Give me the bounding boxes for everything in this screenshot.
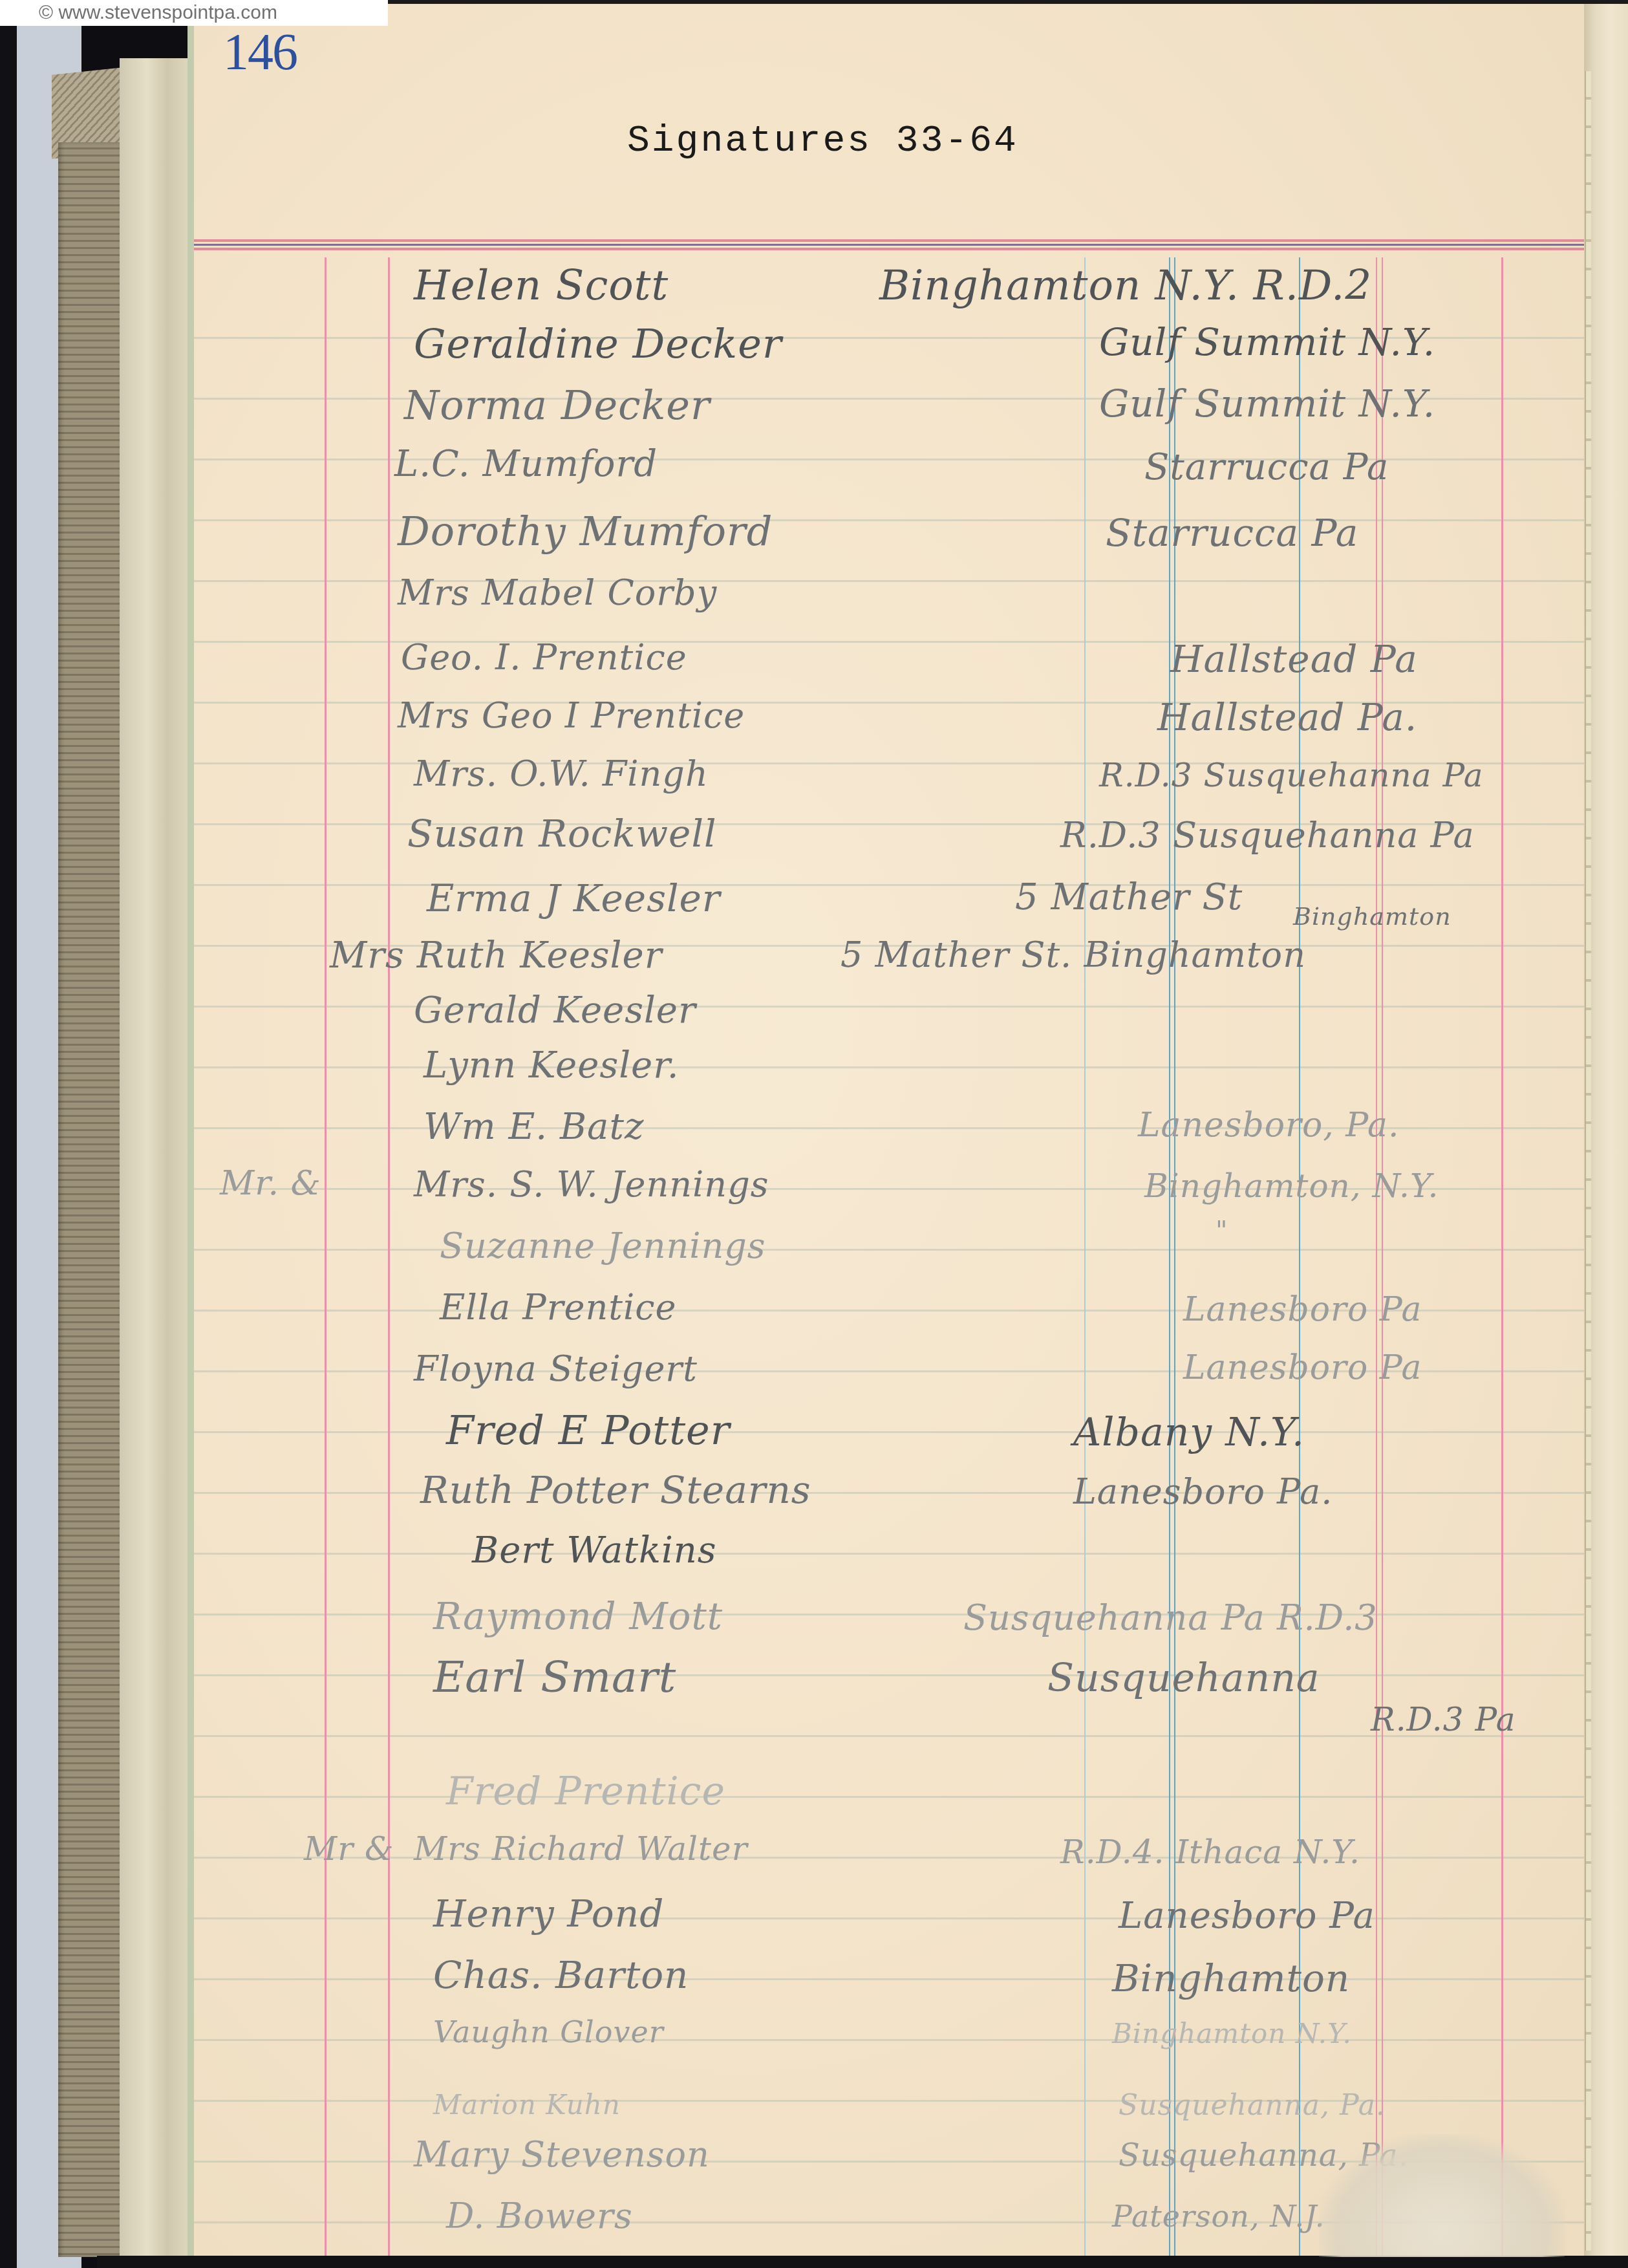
- entry-name: Raymond Mott: [433, 1594, 723, 1638]
- entry-address: Lanesboro, Pa.: [1138, 1106, 1399, 1145]
- entry-address: Binghamton, N.Y.: [1144, 1167, 1439, 1205]
- entry-address: Starrucca Pa: [1144, 446, 1389, 488]
- entry-name: Earl Smart: [433, 1652, 676, 1702]
- entry-name: Geo. I. Prentice: [401, 637, 687, 678]
- entry-address: R.D.4. Ithaca N.Y.: [1060, 1833, 1360, 1871]
- entry-name: Geraldine Decker: [414, 320, 782, 367]
- scan-edge: [0, 0, 17, 2268]
- entry-name: Mrs Geo I Prentice: [398, 695, 745, 736]
- entry-address: Susquehanna, Pa.: [1119, 2089, 1386, 2122]
- entry-address: Binghamton N.Y.: [1112, 2018, 1352, 2049]
- entry-address: R.D.3 Susquehanna Pa: [1099, 757, 1484, 794]
- entry-address-note: Binghamton: [1293, 902, 1451, 931]
- torn-paper-damage: [1319, 2134, 1565, 2257]
- entry-address: Starrucca Pa: [1106, 511, 1358, 555]
- header-rule-pink-top: [194, 239, 1584, 242]
- header-rule-purple: [194, 244, 1584, 246]
- entry-name: Norma Decker: [404, 382, 711, 429]
- page-border-green: [187, 4, 194, 2256]
- entry-name: D. Bowers: [446, 2196, 633, 2236]
- entry-address: Hallstead Pa.: [1157, 695, 1417, 739]
- page-title: Signatures 33-64: [627, 120, 1018, 162]
- entry-address: Lanesboro Pa: [1183, 1290, 1422, 1329]
- entry-address: ": [1216, 1216, 1228, 1246]
- entry-prefix: Mr. &: [220, 1164, 321, 1203]
- entry-name: Mrs Ruth Keesler: [330, 934, 662, 977]
- margin-rule-2: [388, 257, 390, 2256]
- entry-address: Gulf Summit N.Y.: [1099, 382, 1435, 426]
- entry-address: Hallstead Pa: [1170, 637, 1418, 681]
- entry-address: Binghamton N.Y. R.D.2: [879, 262, 1372, 310]
- entry-name: Erma J Keesler: [427, 876, 721, 920]
- entry-name: Fred Prentice: [446, 1769, 725, 1814]
- entry-name: Floyna Steigert: [414, 1348, 698, 1389]
- entry-name: Gerald Keesler: [414, 989, 696, 1031]
- entry-address: R.D.3 Susquehanna Pa: [1060, 815, 1475, 856]
- header-rule-pink-bottom: [194, 248, 1584, 250]
- entry-name: Mrs Richard Walter: [414, 1830, 748, 1868]
- entry-address: Lanesboro Pa: [1183, 1348, 1422, 1387]
- column-rule-pink-double-a: [1376, 257, 1377, 2256]
- column-rule-faint: [1084, 257, 1086, 2256]
- entry-name: Mrs Mabel Corby: [398, 572, 717, 613]
- entry-address: Lanesboro Pa: [1119, 1895, 1375, 1937]
- entry-address-note: R.D.3 Pa: [1371, 1701, 1516, 1738]
- entry-name: Wm E. Batz: [423, 1106, 645, 1148]
- entry-address: Paterson, N.J.: [1112, 2199, 1325, 2234]
- bottom-edge-shadow: [97, 2256, 1628, 2268]
- entry-name: Vaughn Glover: [433, 2014, 664, 2049]
- book-spine-cloth: [58, 142, 120, 2257]
- entry-address: Lanesboro Pa.: [1073, 1471, 1333, 1512]
- entry-name: Susan Rockwell: [407, 812, 717, 856]
- entry-name: Ruth Potter Stearns: [420, 1468, 811, 1512]
- entry-name: Dorothy Mumford: [398, 508, 773, 555]
- entry-prefix: Mr &: [304, 1830, 394, 1868]
- entry-address: Susquehanna Pa R.D.3: [963, 1597, 1378, 1638]
- margin-rule-1: [325, 257, 327, 2256]
- binding-stitch: [1585, 71, 1591, 2251]
- column-rule-pink-double-b: [1382, 257, 1383, 2256]
- page-number: 146: [223, 23, 297, 82]
- entry-address: Gulf Summit N.Y.: [1099, 320, 1435, 364]
- entry-address: Binghamton: [1112, 1956, 1350, 2000]
- entry-name: Fred E Potter: [446, 1407, 730, 1454]
- entry-name: Helen Scott: [414, 262, 669, 310]
- column-rule-pink-right: [1501, 257, 1503, 2256]
- entry-name: Bert Watkins: [472, 1529, 717, 1571]
- entry-name: Suzanne Jennings: [440, 1226, 766, 1266]
- page-stack-edge: [120, 58, 187, 2257]
- entry-name: Chas. Barton: [433, 1953, 689, 1997]
- entry-name: Marion Kuhn: [433, 2089, 621, 2121]
- entry-address: 5 Mather St. Binghamton: [841, 934, 1306, 975]
- entry-name: Henry Pond: [433, 1892, 664, 1936]
- entry-address: 5 Mather St: [1015, 876, 1243, 918]
- copyright-watermark: © www.stevenspointpa.com: [0, 0, 388, 26]
- entry-name: Mrs. S. W. Jennings: [414, 1164, 769, 1205]
- entry-name: Ella Prentice: [440, 1287, 676, 1328]
- entry-address: Albany N.Y.: [1073, 1410, 1305, 1455]
- entry-name: Mary Stevenson: [414, 2134, 710, 2175]
- entry-address: Susquehanna: [1047, 1656, 1320, 1701]
- entry-name: Lynn Keesler.: [423, 1044, 680, 1086]
- entry-name: L.C. Mumford: [394, 443, 658, 485]
- entry-name: Mrs. O.W. Fingh: [414, 753, 709, 794]
